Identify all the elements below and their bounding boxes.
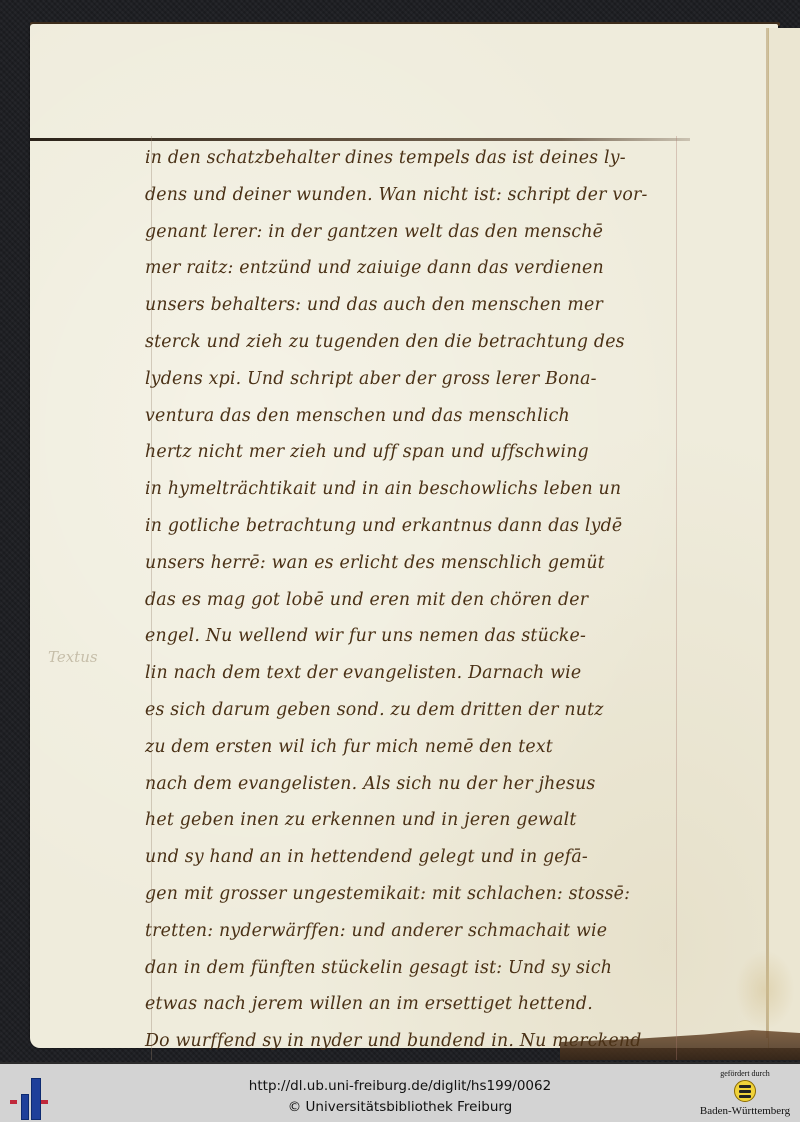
water-stain bbox=[735, 950, 795, 1030]
text-line: gen mit grosser ungestemikait: mit schla… bbox=[145, 876, 680, 913]
text-line: sterck und zieh zu tugenden den die betr… bbox=[145, 324, 680, 361]
text-line: Do wurffend sy in nyder und bundend in. … bbox=[145, 1023, 680, 1060]
text-line: und sy hand an in hettendend gelegt und … bbox=[145, 839, 680, 876]
gutter-fold bbox=[766, 28, 768, 1038]
text-line: in hymelträchtikait und in ain beschowli… bbox=[145, 471, 680, 508]
sponsor-block: gefördert durch Baden-Württemberg bbox=[690, 1066, 800, 1122]
manuscript-text: in den schatzbehalter dines tempels das … bbox=[145, 140, 685, 1060]
text-line: in den schatzbehalter dines tempels das … bbox=[145, 140, 680, 177]
text-line: in gotliche betrachtung und erkantnus da… bbox=[145, 508, 680, 545]
text-line: unsers behalters: und das auch den mensc… bbox=[145, 287, 680, 324]
footer-bar: http://dl.ub.uni-freiburg.de/diglit/hs19… bbox=[0, 1062, 800, 1122]
text-line: unsers herrē: wan es erlicht des menschl… bbox=[145, 545, 680, 582]
text-line: hertz nicht mer zieh und uff span und uf… bbox=[145, 434, 680, 471]
copyright-notice: © Universitätsbibliothek Freiburg bbox=[0, 1099, 800, 1115]
text-line: mer raitz: entzünd und zaiuige dann das … bbox=[145, 250, 680, 287]
text-line: genant lerer: in der gantzen welt das de… bbox=[145, 214, 680, 251]
text-line: lydens xpi. Und schript aber der gross l… bbox=[145, 361, 680, 398]
text-line: etwas nach jerem willen an im ersettiget… bbox=[145, 986, 680, 1023]
margin-annotation: Textus bbox=[48, 648, 98, 666]
permalink-url[interactable]: http://dl.ub.uni-freiburg.de/diglit/hs19… bbox=[0, 1078, 800, 1094]
text-line: zu dem ersten wil ich fur mich nemē den … bbox=[145, 729, 680, 766]
text-line: dens und deiner wunden. Wan nicht ist: s… bbox=[145, 177, 680, 214]
sponsor-label: gefördert durch bbox=[690, 1069, 800, 1078]
text-line: tretten: nyderwärffen: und anderer schma… bbox=[145, 913, 680, 950]
text-line: dan in dem fünften stückelin gesagt ist:… bbox=[145, 950, 680, 987]
sponsor-name: Baden-Württemberg bbox=[690, 1105, 800, 1117]
text-line: nach dem evangelisten. Als sich nu der h… bbox=[145, 766, 680, 803]
text-line: ventura das den menschen und das menschl… bbox=[145, 398, 680, 435]
coat-of-arms-icon bbox=[734, 1080, 756, 1102]
text-line: engel. Nu wellend wir fur uns nemen das … bbox=[145, 618, 680, 655]
text-line: das es mag got lobē und eren mit den chö… bbox=[145, 582, 680, 619]
facing-leaf-edge bbox=[768, 28, 800, 1048]
text-line: es sich darum geben sond. zu dem dritten… bbox=[145, 692, 680, 729]
text-line: lin nach dem text der evangelisten. Darn… bbox=[145, 655, 680, 692]
text-line: het geben inen zu erkennen und in jeren … bbox=[145, 802, 680, 839]
